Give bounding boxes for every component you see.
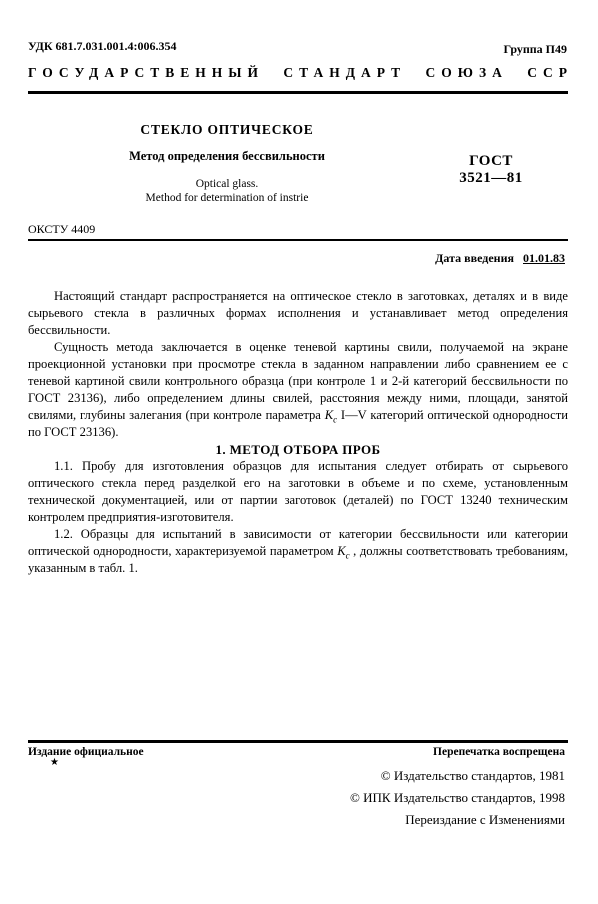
document-subtitle: Метод определения бессвильности <box>28 149 426 164</box>
introduction-date: Дата введения 01.01.83 <box>435 251 565 266</box>
footer-divider <box>28 740 568 743</box>
udk-number: УДК 681.7.031.001.4:006.354 <box>28 39 177 54</box>
copyright-1981: © Издательство стандартов, 1981 <box>350 765 565 787</box>
paragraph-scope: Настоящий стандарт распространяется на о… <box>28 288 568 339</box>
header-divider <box>28 91 568 94</box>
title-block: СТЕКЛО ОПТИЧЕСКОЕ Метод определения бесс… <box>28 122 426 205</box>
copyright-block: © Издательство стандартов, 1981 © ИПК Из… <box>350 765 565 831</box>
parameter-k-symbol: Кс <box>337 544 349 558</box>
standard-designation: ГОСТ 3521—81 <box>435 153 547 187</box>
okstu-divider <box>28 239 568 241</box>
reprint-prohibited-label: Перепечатка воспрещена <box>433 746 565 758</box>
header-word: ГОСУДАРСТВЕННЫЙ <box>28 65 264 81</box>
document-title: СТЕКЛО ОПТИЧЕСКОЕ <box>28 122 426 138</box>
header-word: ССР <box>527 65 573 81</box>
header-word: СОЮЗА <box>426 65 508 81</box>
paragraph-method-essence: Сущность метода заключается в оценке тен… <box>28 339 568 441</box>
parameter-k-symbol: Кс <box>325 408 337 422</box>
copyright-1998: © ИПК Издательство стандартов, 1998 <box>350 787 565 809</box>
official-edition-label: Издание официальное <box>28 746 144 758</box>
okstu-code: ОКСТУ 4409 <box>28 222 95 237</box>
group-code: Группа П49 <box>503 42 567 57</box>
parameter-k-letter: К <box>337 544 345 558</box>
introduction-date-value: 01.01.83 <box>523 251 565 265</box>
designation-gost: ГОСТ <box>435 153 547 170</box>
designation-number: 3521—81 <box>435 170 547 187</box>
introduction-date-label: Дата введения <box>435 251 514 265</box>
title-english: Optical glass. Method for determination … <box>28 177 426 205</box>
document-body: Настоящий стандарт распространяется на о… <box>28 288 568 577</box>
paragraph-1-2: 1.2. Образцы для испытаний в зависимости… <box>28 526 568 577</box>
state-standard-header: ГОСУДАРСТВЕННЫЙ СТАНДАРТ СОЮЗА ССР <box>28 65 567 81</box>
parameter-k-letter: К <box>325 408 333 422</box>
title-english-line1: Optical glass. <box>28 177 426 191</box>
reissue-note: Переиздание с Изменениями <box>350 809 565 831</box>
paragraph-1-1: 1.1. Пробу для изготовления образцов для… <box>28 458 568 526</box>
document-page: УДК 681.7.031.001.4:006.354 Группа П49 Г… <box>0 0 598 904</box>
title-english-line2: Method for determination of instrie <box>28 191 426 205</box>
header-word: СТАНДАРТ <box>283 65 406 81</box>
section-1-heading: 1. МЕТОД ОТБОРА ПРОБ <box>28 441 568 458</box>
star-icon: ★ <box>50 757 59 768</box>
